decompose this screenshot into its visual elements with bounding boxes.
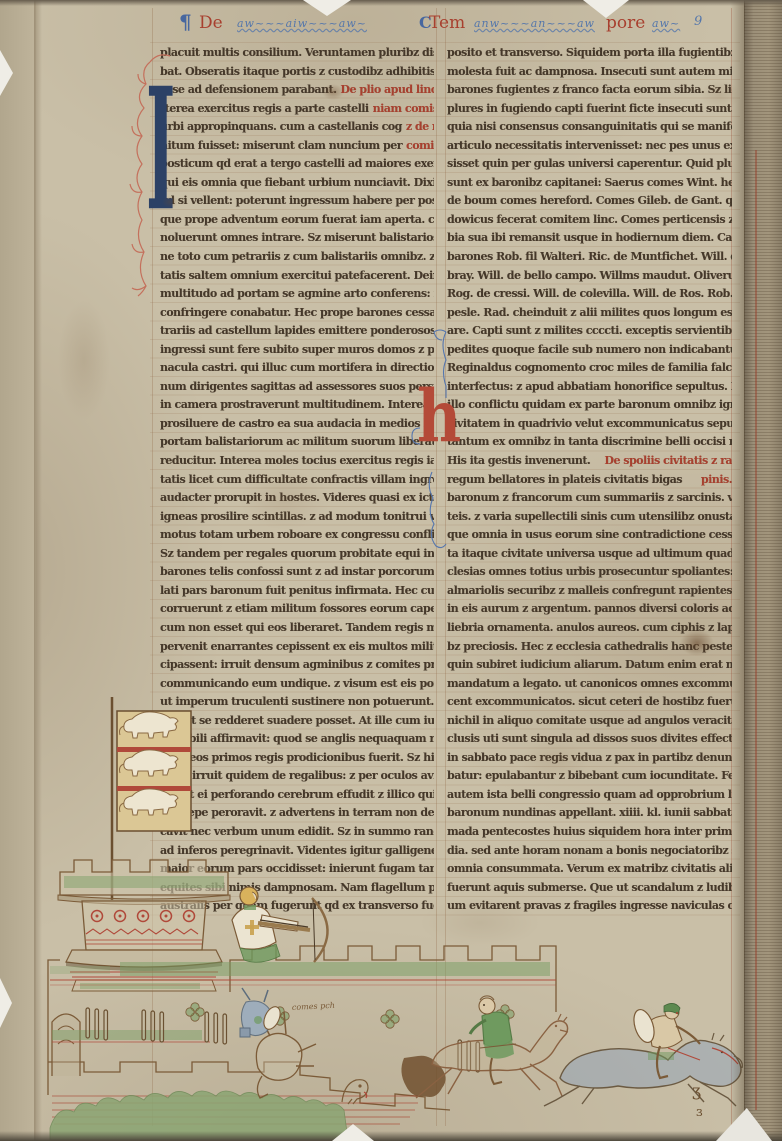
- running-title-tem: Tem: [429, 13, 465, 33]
- text-line: que prope adventum eorum fuerat iam aper…: [160, 211, 434, 230]
- text-line: Iterea exercitus regis a parte castellin…: [160, 100, 434, 119]
- text-line: almariolis securibz z malleis confregunt…: [447, 582, 732, 601]
- text-line: molesta fuit ac dampnosa. Insecuti sunt …: [447, 63, 732, 82]
- text-line: Rog. de cressi. Will. de colevilla. Will…: [447, 285, 732, 304]
- book-fore-edge: [744, 0, 782, 1141]
- header-end-flourish: 9: [694, 14, 702, 29]
- text-line: bat. Obseratis itaque portis z custodibz…: [160, 63, 434, 82]
- header-paraph-icon: ¶: [179, 10, 192, 34]
- text-line: motus totam urbem roboare ex congressu c…: [160, 526, 434, 545]
- text-line: que omnia in usus eorum sine contradicti…: [447, 526, 732, 545]
- ruling-vertical-gutter-1: [436, 8, 437, 1126]
- manuscript-page: ¶ De aw~~~aiw~~~aw~ C Tem anw~~~an~~~aw …: [0, 0, 782, 1141]
- text-line: barones fugientes z franco facta eorum s…: [447, 81, 732, 100]
- quire-mark: ʒ ɜ: [692, 1081, 703, 1120]
- text-line: ne toto cum petrariis z cum balistariis …: [160, 248, 434, 267]
- text-line: clesias omnes totius urbis prosecuntur s…: [447, 563, 732, 582]
- text-line: illo conflictu quidam ex parte baronum o…: [447, 396, 732, 415]
- text-line: bray. Will. de bello campo. Willms maudu…: [447, 267, 732, 286]
- photo-edge-top: [0, 0, 782, 6]
- text-line: cum non esset qui eos liberaret. Tandem …: [160, 619, 434, 638]
- underlying-page-edge: [0, 0, 36, 1141]
- text-line: portam balistariorum ac militum suorum l…: [160, 433, 434, 452]
- text-line: regum bellatores in plateis civitatis bi…: [447, 471, 732, 490]
- text-line: sunt ex baronibz capitanei: Saerus comes…: [447, 174, 732, 193]
- text-line: qd si vellent: poterunt ingressum habere…: [160, 192, 434, 211]
- right-text-column: posito et transverso. Siquidem porta ill…: [447, 44, 732, 916]
- text-line: in eis aurum z argentum. pannos diversi …: [447, 600, 732, 619]
- text-line: tatis saltem omnium exercitui patefacere…: [160, 267, 434, 286]
- text-line: barones telis confossi sunt z ad instar …: [160, 563, 434, 582]
- text-line: placuit multis consilium. Veruntamen plu…: [160, 44, 434, 63]
- text-line: mandatum a legato. ut canonicos omnes ex…: [447, 675, 732, 694]
- header-line-filler-3: aw~: [652, 17, 680, 30]
- text-line: Sz tandem per regales quorum probitate e…: [160, 545, 434, 564]
- text-line: baronum nundinas appellant. xiiii. kl. i…: [447, 804, 732, 823]
- text-line: nichil in aliquo comitate usque ad angul…: [447, 712, 732, 731]
- text-line: dowicus fecerat comitem linc. Comes pert…: [447, 211, 732, 230]
- text-line: ditus irruit quidem de regalibus: z per …: [160, 767, 434, 786]
- page-clip-artifact: [303, 0, 351, 16]
- text-line: ingressi sunt fere subito super muros do…: [160, 341, 434, 360]
- text-line: quin eos primos regis prodicionibus fuer…: [160, 749, 434, 768]
- text-line: quia nisi consensus consanguinitatis qui…: [447, 118, 732, 137]
- text-line: hui sepe peroravit. z advertens in terra…: [160, 804, 434, 823]
- parchment-stain: [322, 84, 344, 100]
- svg-text:ɜ: ɜ: [696, 1105, 703, 1120]
- svg-text:ʒ: ʒ: [692, 1081, 701, 1100]
- text-line: num dirigentes sagittas ad assessores su…: [160, 378, 434, 397]
- text-line: batur: epulabantur z bibebant cum iocund…: [447, 767, 732, 786]
- parchment-stain: [240, 470, 330, 530]
- text-line: cipassent: irruit densum agminibus z com…: [160, 656, 434, 675]
- text-line: interfectus: z apud abbatiam honorifice …: [447, 378, 732, 397]
- fleeing-horsemen-drawing: [401, 996, 742, 1106]
- text-line: teis. z varia supellectili sinis cum ute…: [447, 508, 732, 527]
- parchment-stain: [520, 740, 590, 780]
- text-line: posticum qd erat a tergo castelli ad mai…: [160, 155, 434, 174]
- text-line: nacula castri. qui illuc cum mortifera i…: [160, 359, 434, 378]
- text-line: baronum z francorum cum summariis z sarc…: [447, 489, 732, 508]
- text-line: noluerunt omnes intrare. Sz miserunt bal…: [160, 229, 434, 248]
- decorated-initial-blue-i: I: [146, 66, 175, 234]
- text-line: pesle. Rad. cheinduit z alii milites quo…: [447, 304, 732, 323]
- text-line: His ita gestis invenerunt.De spoliis civ…: [447, 452, 732, 471]
- text-line: posito et transverso. Siquidem porta ill…: [447, 44, 732, 63]
- text-line: fuerunt aquis submerse. Que ut scandalum…: [447, 879, 732, 898]
- text-line: equites sibi nimis dampnosam. Nam flagel…: [160, 879, 434, 898]
- text-line: cor ut ei perforando cerebrum effudit z …: [160, 786, 434, 805]
- text-line: mada pentecostes huius siquidem hora int…: [447, 823, 732, 842]
- text-line: multitudo ad portam se agmine arto confe…: [160, 285, 434, 304]
- text-line: pedites quoque facile sub numero non ind…: [447, 341, 732, 360]
- text-line: plures in fugiendo capti fuerint ficte i…: [447, 100, 732, 119]
- parchment-stain: [58, 300, 110, 420]
- text-line: confringere conabatur. Hec prope barones…: [160, 304, 434, 323]
- photo-edge-bottom: [0, 1131, 782, 1141]
- falling-knight-drawing: comes pch: [240, 988, 335, 1098]
- ruling-vertical-gutter-2: [445, 8, 446, 1126]
- ground-hatching: [52, 1096, 420, 1124]
- text-line: urbi appropinquans. cum a castellanis co…: [160, 118, 434, 137]
- text-line: omnia consummata. Verum ex matribz civit…: [447, 860, 732, 879]
- text-line: Reginaldus cognomento croc miles de fami…: [447, 359, 732, 378]
- text-line: qui eis omnia que fiebant urbium nunciav…: [160, 174, 434, 193]
- text-line: civitatem in quadrivio velut excommunica…: [447, 415, 732, 434]
- text-line: nitum fuisset: miserunt clam nuncium per…: [160, 137, 434, 156]
- text-line: tantum ex omnibz in tanta discrimine bel…: [447, 433, 732, 452]
- text-line: cavit nec verbum unum edidit. Sz in summ…: [160, 823, 434, 842]
- text-line: communicando eum undique. z visum est ei…: [160, 675, 434, 694]
- text-line: ta itaque civitate universa usque ad ult…: [447, 545, 732, 564]
- text-line: ut imperum truculenti sustinere non potu…: [160, 693, 434, 712]
- text-line: in camera prostraverunt multitudinem. In…: [160, 396, 434, 415]
- text-line: articulo necessitatis intervenisset: nec…: [447, 137, 732, 156]
- text-line: sese ad defensionem parabant.De plio apu…: [160, 81, 434, 100]
- header-line-filler-2: anw~~~an~~~aw: [474, 17, 595, 30]
- text-line: trariis ad castellum lapides emittere po…: [160, 322, 434, 341]
- text-line: corruerunt z etiam militum fossores eoru…: [160, 600, 434, 619]
- parchment-stain: [420, 898, 540, 948]
- text-line: barones Rob. fil Walteri. Ric. de Muntfi…: [447, 248, 732, 267]
- text-line: sisset quin per gulas universi caperentu…: [447, 155, 732, 174]
- parchment-stain: [680, 630, 714, 656]
- small-horse-drawing: [342, 1080, 368, 1104]
- margin-note-1: di: [120, 720, 130, 731]
- text-line: sibi ut se redderet suadere posset. At i…: [160, 712, 434, 731]
- gutter-shadow: [730, 0, 745, 1141]
- leaf-edge-shadow: [34, 0, 42, 1141]
- text-line: de boum comes hereford. Comes Gileb. de …: [447, 192, 732, 211]
- text-line: prosiluere de castro ea sua audacia in m…: [160, 415, 434, 434]
- decorated-initial-red-h: h: [417, 382, 461, 454]
- text-line: are. Capti sunt z milites ccccti. except…: [447, 322, 732, 341]
- running-title-pore: pore: [606, 13, 645, 33]
- text-line: bia sua ibi remansit usque in hodiernum …: [447, 229, 732, 248]
- text-line: horribili affirmavit: quod se anglis neq…: [160, 730, 434, 749]
- header-line-filler-1: aw~~~aiw~~~aw~: [237, 17, 367, 30]
- parchment-stain: [162, 196, 178, 208]
- text-line: dia. sed ante horam nonam a bonis negoci…: [447, 842, 732, 861]
- text-line: maior eorum pars occidisset: inierunt fu…: [160, 860, 434, 879]
- text-line: pervenit enarrantes cepissent ex eis mul…: [160, 638, 434, 657]
- text-line: reducitur. Interea moles tocius exercitu…: [160, 452, 434, 471]
- castle-wall-drawing: [48, 946, 556, 1110]
- text-line: cent excommunicatos. sicut ceteri de hos…: [447, 693, 732, 712]
- text-line: clusis uti sunt singula ad dissos suos d…: [447, 730, 732, 749]
- text-line: australis per quam fugerunt qd ex transv…: [160, 897, 434, 916]
- text-line: quin subiret iudicium aliarum. Datum eni…: [447, 656, 732, 675]
- margin-note-2: .a.: [123, 747, 135, 758]
- fore-edge-red-line: [755, 150, 757, 1110]
- text-line: ad inferos peregrinavit. Videntes igitur…: [160, 842, 434, 861]
- text-line: autem ista belli congressio quam ad oppr…: [447, 786, 732, 805]
- text-line: lati pars baronum fuit penitus infirmata…: [160, 582, 434, 601]
- running-title-de: De: [199, 13, 223, 33]
- knight-label: comes pch: [292, 1001, 335, 1012]
